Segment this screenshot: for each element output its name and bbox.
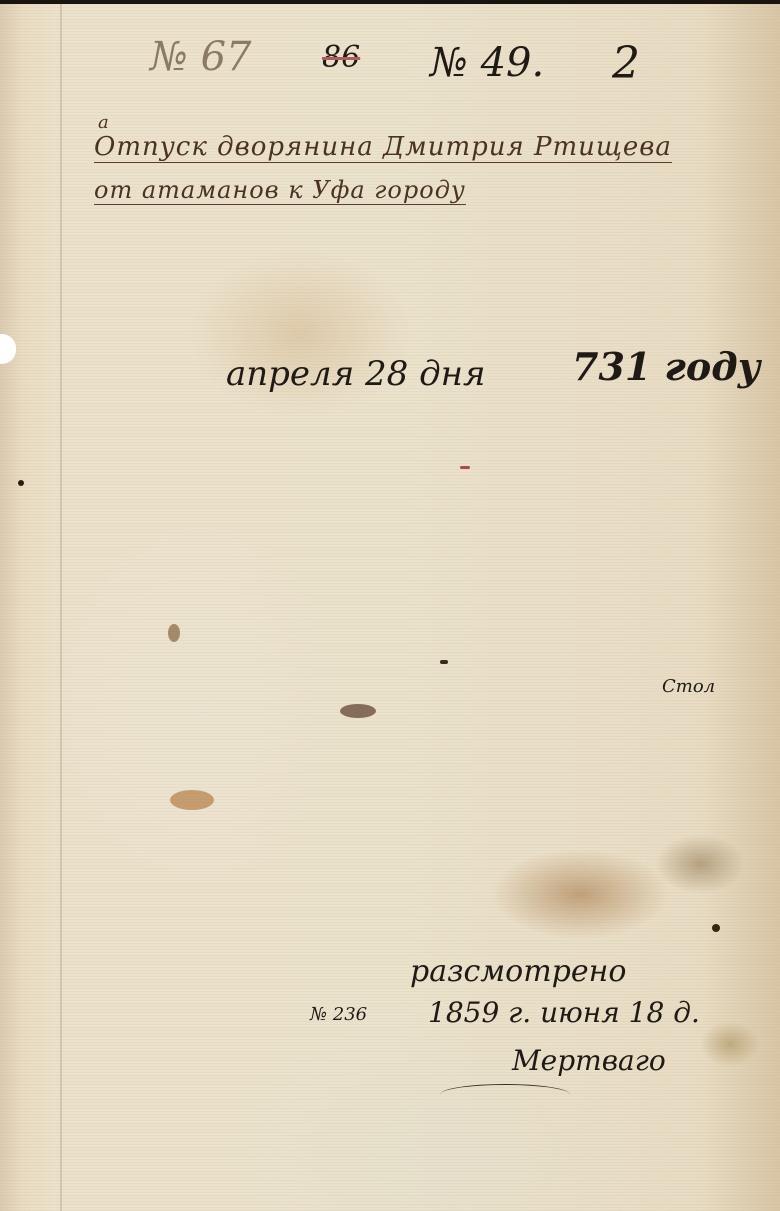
struck-number: 86: [322, 40, 360, 75]
archive-note-line-1: разсмотрено: [410, 954, 626, 989]
page-mark: 2: [612, 38, 640, 89]
fold-line: [60, 4, 62, 1211]
heading-line-2: от атаманов к Уфа городу: [94, 176, 466, 205]
ink-blot: [170, 790, 214, 810]
heading-superscript: а: [98, 112, 109, 133]
margin-note: Стол: [662, 676, 715, 697]
date-year: 731 году: [572, 344, 760, 389]
ink-dot: [460, 466, 470, 469]
archive-note-number: № 236: [310, 1004, 367, 1025]
manuscript-page: № 67 86 № 49. 2 а Отпуск дворянина Дмитр…: [0, 4, 780, 1211]
signature-flourish: [440, 1084, 570, 1105]
heading-line-1: Отпуск дворянина Дмитрия Ртищева: [94, 132, 672, 163]
ink-blot: [168, 624, 180, 642]
faded-number: № 67: [150, 34, 251, 80]
paper-tear: [0, 334, 16, 364]
ink-blot: [340, 704, 376, 718]
ink-dot: [712, 924, 720, 932]
ink-dot: [440, 660, 448, 664]
ink-dot: [18, 480, 24, 486]
file-number: № 49.: [430, 40, 544, 86]
archive-note-line-2: 1859 г. июня 18 д.: [428, 996, 700, 1029]
archive-note-signature: Мертваго: [512, 1044, 666, 1077]
date-text: апреля 28 дня: [226, 354, 486, 394]
